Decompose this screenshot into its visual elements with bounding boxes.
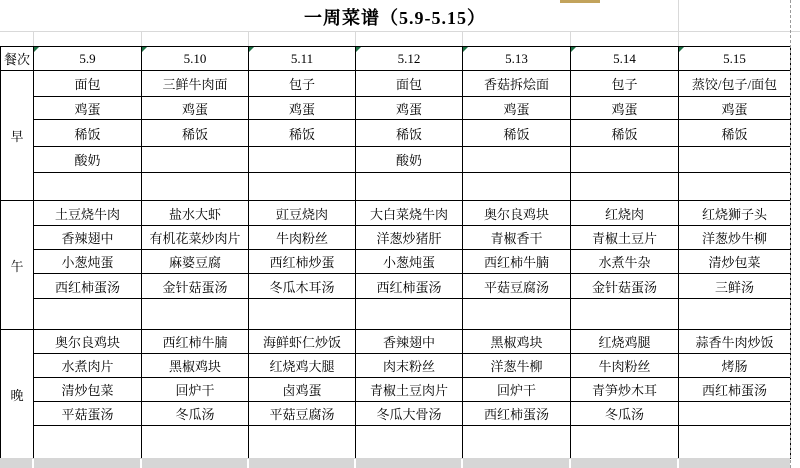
page-break-line (790, 0, 791, 468)
gridline (355, 31, 356, 46)
menu-cell[interactable]: 西红柿牛腩 (463, 250, 571, 274)
menu-cell[interactable]: 包子 (571, 71, 679, 97)
menu-cell[interactable]: 红烧狮子头 (679, 201, 791, 226)
menu-cell[interactable]: 肉末粉丝 (356, 354, 463, 378)
gridline (140, 459, 142, 468)
menu-cell[interactable] (34, 299, 142, 330)
menu-cell[interactable] (142, 147, 249, 173)
menu-cell[interactable]: 牛肉粉丝 (249, 226, 356, 250)
menu-cell[interactable]: 面包 (356, 71, 463, 97)
header-cell-date[interactable]: 5.14 (571, 47, 679, 71)
menu-cell[interactable]: 酸奶 (356, 147, 463, 173)
gridline (247, 459, 249, 468)
menu-cell[interactable] (679, 402, 791, 426)
menu-cell[interactable]: 洋葱炒猪肝 (356, 226, 463, 250)
menu-cell[interactable] (571, 299, 679, 330)
header-cell-meal[interactable]: 餐次 (1, 47, 34, 71)
menu-cell[interactable]: 回炉干 (142, 378, 249, 402)
menu-cell[interactable] (679, 426, 791, 459)
menu-cell[interactable] (679, 299, 791, 330)
header-cell-date[interactable]: 5.9 (34, 47, 142, 71)
menu-cell[interactable]: 麻婆豆腐 (142, 250, 249, 274)
menu-cell[interactable] (34, 426, 142, 459)
menu-cell[interactable]: 鸡蛋 (142, 97, 249, 120)
menu-cell[interactable] (356, 299, 463, 330)
menu-cell[interactable]: 黑椒鸡块 (463, 330, 571, 354)
menu-row: 稀饭稀饭稀饭稀饭稀饭稀饭稀饭 (1, 120, 791, 147)
menu-cell[interactable]: 西红柿蛋汤 (356, 274, 463, 299)
menu-cell[interactable]: 香辣翅中 (356, 330, 463, 354)
header-cell-date[interactable]: 5.15 (679, 47, 791, 71)
menu-table-body: 早面包三鲜牛肉面包子面包香菇拆烩面包子蒸饺/包子/面包鸡蛋鸡蛋鸡蛋鸡蛋鸡蛋鸡蛋鸡… (1, 71, 791, 459)
section-label-cell[interactable]: 午 (1, 201, 34, 330)
menu-cell[interactable]: 香菇拆烩面 (463, 71, 571, 97)
menu-cell[interactable]: 平菇蛋汤 (34, 402, 142, 426)
menu-cell[interactable]: 青笋炒木耳 (571, 378, 679, 402)
menu-cell[interactable]: 土豆烧牛肉 (34, 201, 142, 226)
menu-cell[interactable] (356, 426, 463, 459)
menu-cell[interactable]: 西红柿牛腩 (142, 330, 249, 354)
menu-cell[interactable]: 稀饭 (463, 120, 571, 147)
menu-cell[interactable]: 西红柿炒蛋 (249, 250, 356, 274)
stored-as-text-indicator-icon (249, 47, 254, 52)
menu-cell[interactable] (463, 426, 571, 459)
gridline (569, 459, 571, 468)
menu-cell[interactable] (571, 426, 679, 459)
menu-cell[interactable] (571, 147, 679, 173)
menu-row: 午土豆烧牛肉盐水大虾豇豆烧肉大白菜烧牛肉奥尔良鸡块红烧肉红烧狮子头 (1, 201, 791, 226)
menu-cell[interactable]: 烤肠 (679, 354, 791, 378)
menu-cell[interactable]: 回炉干 (463, 378, 571, 402)
menu-row: 清炒包菜回炉干卤鸡蛋青椒土豆肉片回炉干青笋炒木耳西红柿蛋汤 (1, 378, 791, 402)
date-label: 5.14 (613, 51, 636, 66)
menu-cell[interactable]: 三鲜汤 (679, 274, 791, 299)
menu-cell[interactable]: 平菇豆腐汤 (249, 402, 356, 426)
gridline (570, 31, 571, 46)
date-label: 5.12 (398, 51, 421, 66)
menu-cell[interactable]: 海鲜虾仁炒饭 (249, 330, 356, 354)
menu-cell[interactable]: 卤鸡蛋 (249, 378, 356, 402)
menu-row: 晚奥尔良鸡块西红柿牛腩海鲜虾仁炒饭香辣翅中黑椒鸡块红烧鸡腿蒜香牛肉炒饭 (1, 330, 791, 354)
stored-as-text-indicator-icon (356, 47, 361, 52)
menu-cell[interactable]: 三鲜牛肉面 (142, 71, 249, 97)
header-cell-date[interactable]: 5.12 (356, 47, 463, 71)
stored-as-text-indicator-icon (571, 47, 576, 52)
header-row: 餐次5.95.105.115.125.135.145.15 (1, 47, 791, 71)
menu-cell[interactable]: 奥尔良鸡块 (463, 201, 571, 226)
menu-cell[interactable] (34, 173, 142, 201)
menu-cell[interactable]: 平菇豆腐汤 (463, 274, 571, 299)
menu-cell[interactable]: 大白菜烧牛肉 (356, 201, 463, 226)
menu-cell[interactable]: 冬瓜木耳汤 (249, 274, 356, 299)
gridline (461, 459, 463, 468)
menu-cell[interactable]: 盐水大虾 (142, 201, 249, 226)
menu-cell[interactable]: 牛肉粉丝 (571, 354, 679, 378)
gridline (248, 31, 249, 46)
section-label-cell[interactable]: 晚 (1, 330, 34, 459)
menu-row (1, 173, 791, 201)
menu-cell[interactable]: 稀饭 (142, 120, 249, 147)
menu-cell[interactable]: 冬瓜汤 (571, 402, 679, 426)
menu-row: 小葱炖蛋麻婆豆腐西红柿炒蛋小葱炖蛋西红柿牛腩水煮牛杂清炒包菜 (1, 250, 791, 274)
menu-cell[interactable]: 洋葱炒牛柳 (679, 226, 791, 250)
menu-cell[interactable]: 金针菇蛋汤 (571, 274, 679, 299)
date-label: 5.10 (184, 51, 207, 66)
gridline (678, 31, 679, 46)
menu-cell[interactable] (356, 173, 463, 201)
menu-cell[interactable]: 稀饭 (571, 120, 679, 147)
menu-cell[interactable] (679, 147, 791, 173)
date-label: 5.13 (505, 51, 528, 66)
section-label-cell[interactable]: 早 (1, 71, 34, 201)
menu-cell[interactable] (463, 299, 571, 330)
date-label: 5.9 (79, 51, 95, 66)
menu-cell[interactable]: 金针菇蛋汤 (142, 274, 249, 299)
menu-cell[interactable] (249, 173, 356, 201)
spreadsheet-view: 一周菜谱（5.9-5.15） 餐次5.95.105.115.125.135.14… (0, 0, 800, 468)
menu-cell[interactable]: 冬瓜汤 (142, 402, 249, 426)
gridline (33, 31, 34, 46)
menu-cell[interactable] (249, 426, 356, 459)
date-label: 5.15 (723, 51, 746, 66)
menu-row: 平菇蛋汤冬瓜汤平菇豆腐汤冬瓜大骨汤西红柿蛋汤冬瓜汤 (1, 402, 791, 426)
menu-cell[interactable]: 鸡蛋 (571, 97, 679, 120)
menu-table-head: 餐次5.95.105.115.125.135.145.15 (1, 47, 791, 71)
menu-cell[interactable]: 酸奶 (34, 147, 142, 173)
menu-cell[interactable]: 包子 (249, 71, 356, 97)
menu-cell[interactable] (463, 147, 571, 173)
menu-cell[interactable]: 豇豆烧肉 (249, 201, 356, 226)
bottom-row-fill (0, 458, 790, 468)
menu-cell[interactable]: 红烧鸡腿 (571, 330, 679, 354)
menu-cell[interactable]: 鸡蛋 (34, 97, 142, 120)
menu-cell[interactable]: 清炒包菜 (34, 378, 142, 402)
menu-cell[interactable]: 西红柿蛋汤 (679, 378, 791, 402)
menu-cell[interactable] (571, 173, 679, 201)
gridline (677, 459, 679, 468)
menu-cell[interactable] (679, 173, 791, 201)
menu-cell[interactable]: 香辣翅中 (34, 226, 142, 250)
menu-row: 早面包三鲜牛肉面包子面包香菇拆烩面包子蒸饺/包子/面包 (1, 71, 791, 97)
menu-cell[interactable]: 小葱炖蛋 (34, 250, 142, 274)
menu-cell[interactable] (249, 147, 356, 173)
menu-cell[interactable]: 西红柿蛋汤 (463, 402, 571, 426)
menu-cell[interactable]: 青椒土豆片 (571, 226, 679, 250)
stored-as-text-indicator-icon (679, 47, 684, 52)
menu-cell[interactable]: 清炒包菜 (679, 250, 791, 274)
page-title: 一周菜谱（5.9-5.15） (0, 4, 790, 32)
menu-cell[interactable] (142, 426, 249, 459)
gridline (462, 31, 463, 46)
menu-cell[interactable] (249, 299, 356, 330)
menu-row: 香辣翅中有机花菜炒肉片牛肉粉丝洋葱炒猪肝青椒香干青椒土豆片洋葱炒牛柳 (1, 226, 791, 250)
menu-cell[interactable]: 奥尔良鸡块 (34, 330, 142, 354)
menu-cell[interactable] (463, 173, 571, 201)
menu-cell[interactable]: 鸡蛋 (356, 97, 463, 120)
menu-cell[interactable]: 鸡蛋 (249, 97, 356, 120)
menu-row (1, 299, 791, 330)
gridline (354, 459, 356, 468)
menu-cell[interactable]: 水煮牛杂 (571, 250, 679, 274)
stored-as-text-indicator-icon (142, 47, 147, 52)
menu-table: 餐次5.95.105.115.125.135.145.15 早面包三鲜牛肉面包子… (0, 46, 791, 459)
stored-as-text-indicator-icon (463, 47, 468, 52)
menu-row (1, 426, 791, 459)
stored-as-text-indicator-icon (34, 47, 39, 52)
menu-row: 西红柿蛋汤金针菇蛋汤冬瓜木耳汤西红柿蛋汤平菇豆腐汤金针菇蛋汤三鲜汤 (1, 274, 791, 299)
menu-cell[interactable]: 红烧鸡大腿 (249, 354, 356, 378)
menu-cell[interactable]: 有机花菜炒肉片 (142, 226, 249, 250)
menu-cell[interactable]: 鸡蛋 (463, 97, 571, 120)
menu-cell[interactable]: 洋葱牛柳 (463, 354, 571, 378)
menu-row: 鸡蛋鸡蛋鸡蛋鸡蛋鸡蛋鸡蛋鸡蛋 (1, 97, 791, 120)
menu-cell[interactable]: 水煮肉片 (34, 354, 142, 378)
menu-cell[interactable]: 面包 (34, 71, 142, 97)
menu-cell[interactable] (142, 299, 249, 330)
date-label: 5.11 (291, 51, 313, 66)
menu-cell[interactable] (142, 173, 249, 201)
menu-cell[interactable]: 青椒香干 (463, 226, 571, 250)
header-cell-date[interactable]: 5.11 (249, 47, 356, 71)
menu-cell[interactable]: 蒸饺/包子/面包 (679, 71, 791, 97)
menu-cell[interactable]: 蒜香牛肉炒饭 (679, 330, 791, 354)
menu-cell[interactable]: 稀饭 (249, 120, 356, 147)
menu-cell[interactable]: 小葱炖蛋 (356, 250, 463, 274)
header-cell-date[interactable]: 5.10 (142, 47, 249, 71)
header-cell-date[interactable]: 5.13 (463, 47, 571, 71)
menu-cell[interactable]: 红烧肉 (571, 201, 679, 226)
menu-cell[interactable]: 稀饭 (679, 120, 791, 147)
menu-cell[interactable]: 冬瓜大骨汤 (356, 402, 463, 426)
menu-cell[interactable]: 鸡蛋 (679, 97, 791, 120)
accent-bar (560, 0, 600, 3)
menu-cell[interactable]: 稀饭 (34, 120, 142, 147)
menu-cell[interactable]: 黑椒鸡块 (142, 354, 249, 378)
menu-row: 酸奶酸奶 (1, 147, 791, 173)
gridline (141, 31, 142, 46)
menu-cell[interactable]: 青椒土豆肉片 (356, 378, 463, 402)
menu-cell[interactable]: 西红柿蛋汤 (34, 274, 142, 299)
menu-cell[interactable]: 稀饭 (356, 120, 463, 147)
gridline (32, 459, 34, 468)
menu-row: 水煮肉片黑椒鸡块红烧鸡大腿肉末粉丝洋葱牛柳牛肉粉丝烤肠 (1, 354, 791, 378)
